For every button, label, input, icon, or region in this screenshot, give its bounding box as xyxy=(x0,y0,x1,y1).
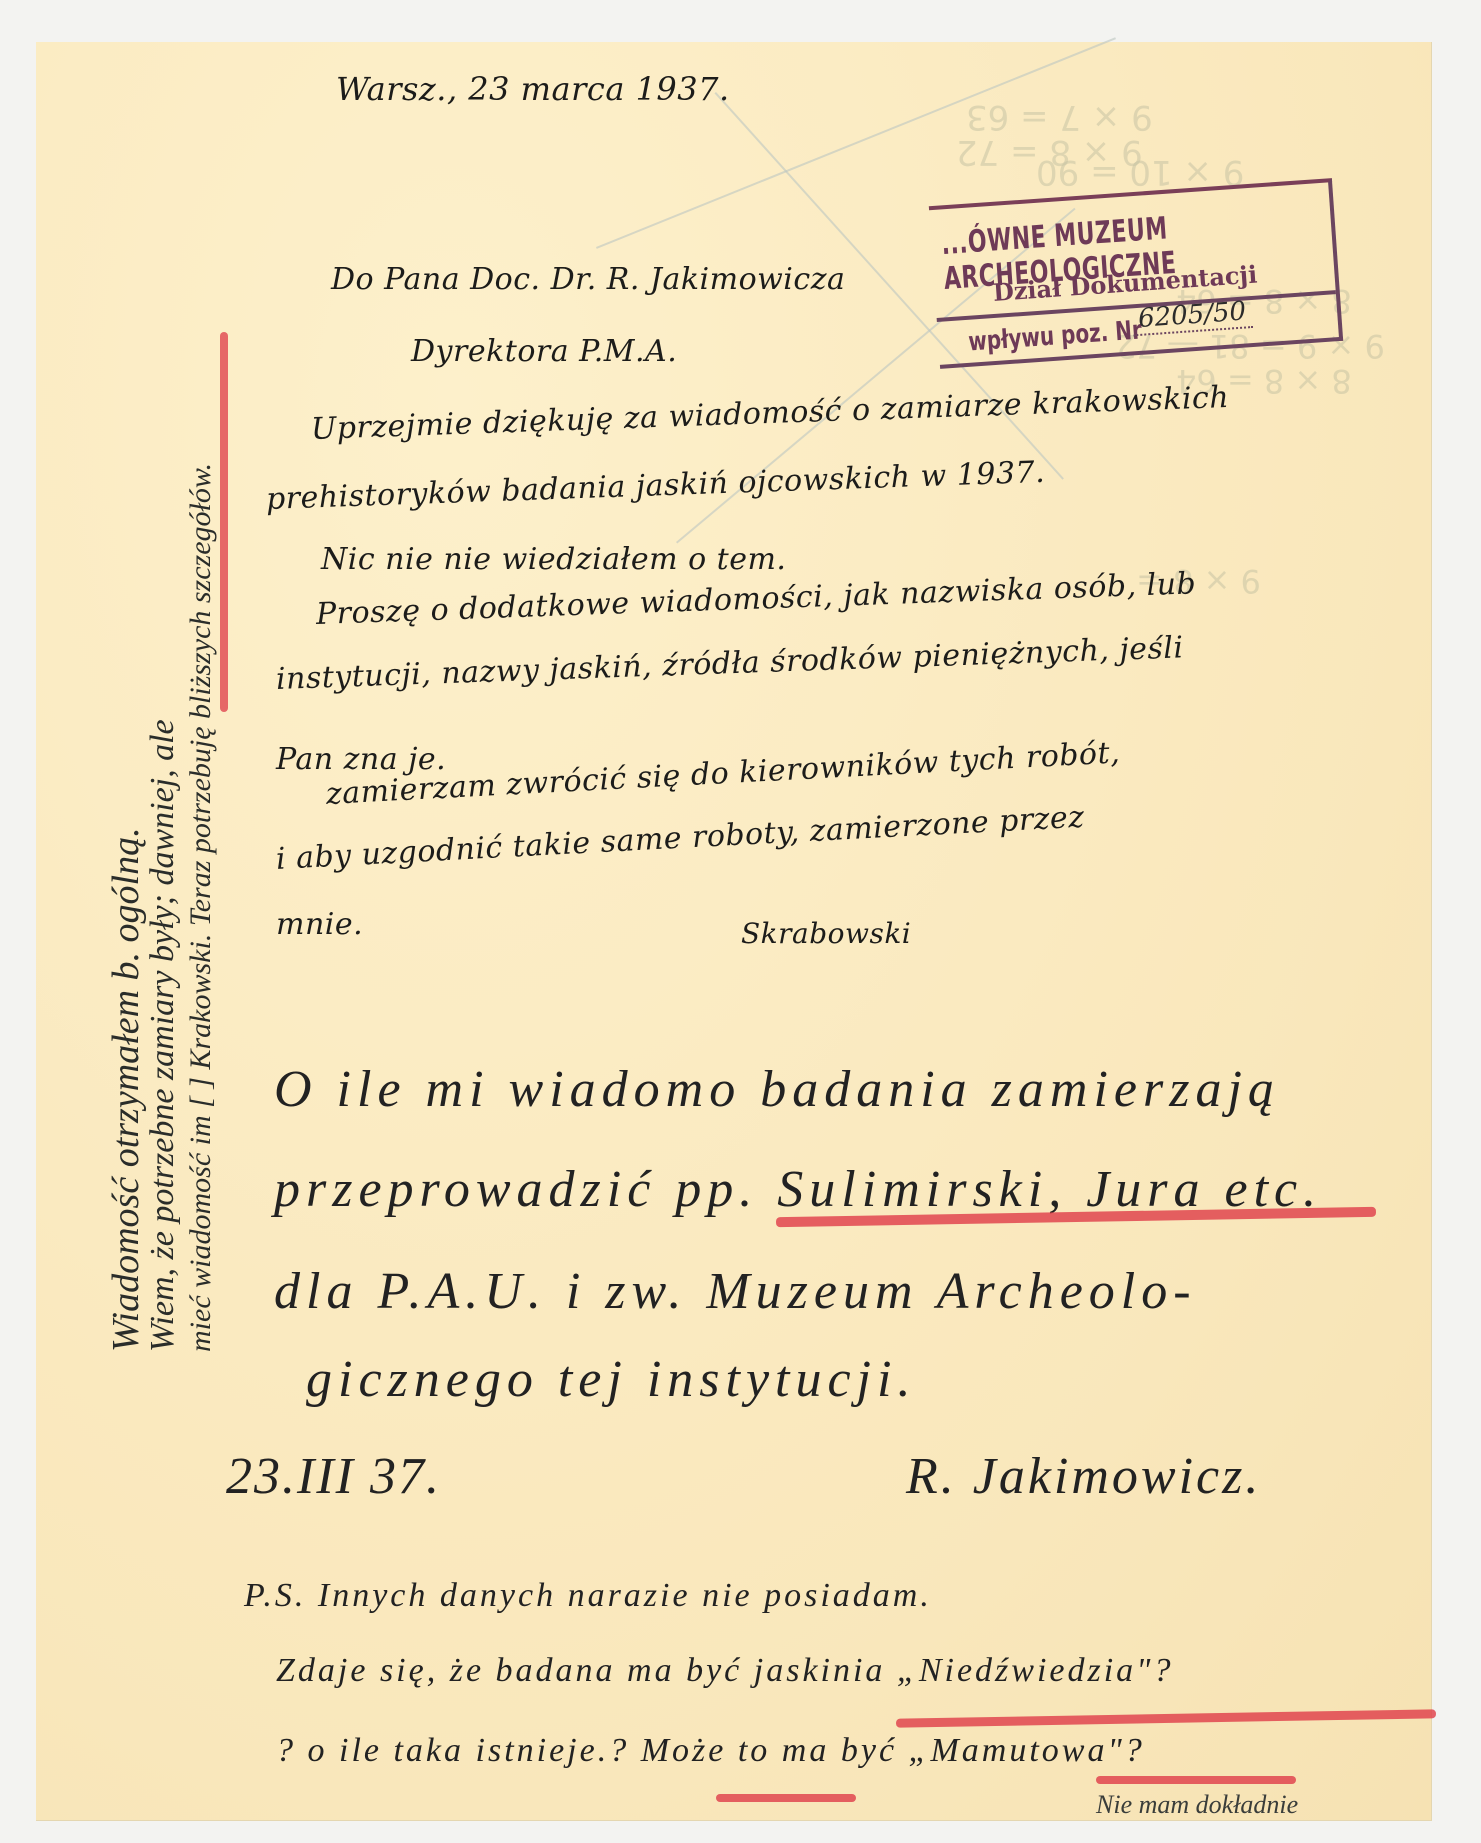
bottom-right-note: Nie mam dokładnie xyxy=(1096,1790,1298,1820)
postscript-line-1: P.S. Innych danych narazie nie posiadam. xyxy=(244,1577,932,1615)
letter-line-3: Nic nie nie wiedziałem o tem. xyxy=(321,542,786,577)
red-underline-moze xyxy=(716,1794,856,1802)
letter-line-1: Uprzejmie dziękuję za wiadomość o zamiar… xyxy=(310,380,1229,447)
margin-note-1: Wiadomość otrzymałem b. ogólną. xyxy=(104,827,148,1352)
letter-line-2: prehistoryków badania jaskiń ojcowskich … xyxy=(265,455,1045,517)
reply-date: 23.III 37. xyxy=(226,1447,441,1506)
letter-signature: Skrabowski xyxy=(741,917,911,950)
pencil-arithmetic-3: 9 × 8 = 72 xyxy=(956,132,1143,172)
letter-line-8: i aby uzgodnić takie same roboty, zamier… xyxy=(275,800,1085,877)
postscript-line-3: ? o ile taka istnieje.? Może to ma być „… xyxy=(276,1732,1145,1770)
reply-line-4: gicznego tej instytucji. xyxy=(306,1350,916,1409)
address-line-1: Do Pana Doc. Dr. R. Jakimowicza xyxy=(331,262,845,297)
reply-line-3: dla P.A.U. i zw. Muzeum Archeolo- xyxy=(274,1262,1197,1321)
letter-paper: 9 × 7 = 63 9 × 10 = 90 9 × 8 = 72 8 × 8 … xyxy=(36,42,1432,1821)
archive-stamp: ...ÓWNE MUZEUM ARCHEOLOGICZNE Dział Doku… xyxy=(929,178,1343,369)
letter-line-9: mnie. xyxy=(276,907,363,942)
red-underline-mamutowa xyxy=(1096,1776,1296,1784)
reply-line-1: O ile mi wiadomo badania zamierzają xyxy=(274,1060,1280,1119)
date-line: Warsz., 23 marca 1937. xyxy=(336,70,730,108)
margin-note-3: mieć wiadomość im [ ] Krakowski. Teraz p… xyxy=(184,463,218,1352)
margin-note-2: Wiem, że potrzebne zamiary były; dawniej… xyxy=(144,719,182,1352)
red-margin-line xyxy=(220,332,228,712)
stamp-entry-label: wpływu poz. Nr xyxy=(967,314,1143,357)
postscript-line-2: Zdaje się, że badana ma być jaskinia „Ni… xyxy=(276,1652,1173,1690)
red-underline-cave xyxy=(896,1709,1436,1727)
letter-line-5: instytucji, nazwy jaskiń, źródła środków… xyxy=(275,630,1184,697)
reply-signature: R. Jakimowicz. xyxy=(906,1447,1261,1506)
pencil-arithmetic-1: 9 × 7 = 63 xyxy=(966,97,1153,137)
stamp-entry-number: 6205/50 xyxy=(1131,296,1253,336)
address-line-2: Dyrektora P.M.A. xyxy=(411,334,677,369)
